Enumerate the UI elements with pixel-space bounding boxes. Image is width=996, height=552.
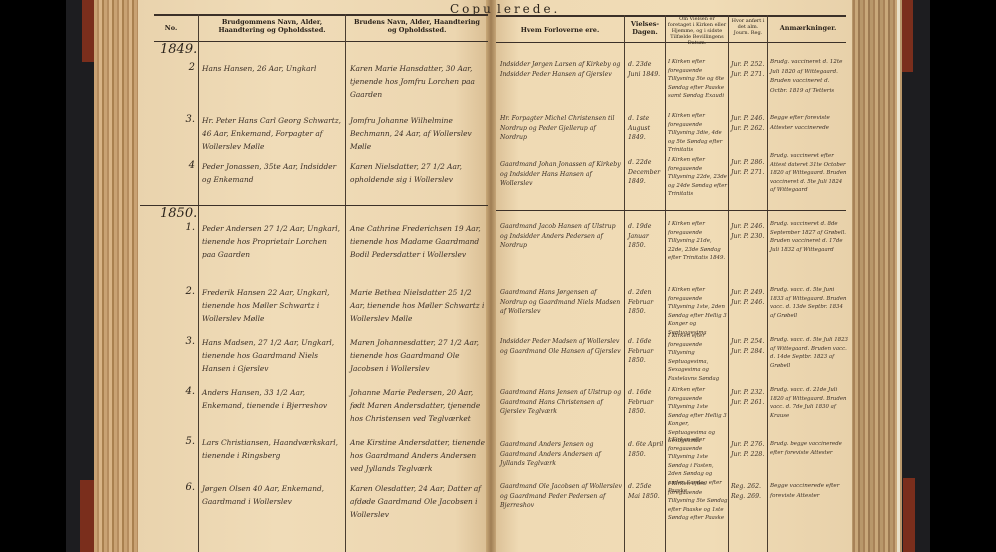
entry-number: 4.	[175, 386, 195, 397]
header-wedding-date: Vielses-Dagen.	[627, 20, 663, 36]
year-label-1850: 1850.	[160, 206, 197, 221]
entry-number: 5.	[175, 436, 195, 447]
sponsors-cell: Gaardmand Johan Jonassen af Kirkeby og I…	[500, 160, 622, 189]
book-cover-left	[66, 0, 96, 552]
header-remarks: Anmærkninger.	[770, 24, 846, 32]
bride-cell: Karen Marie Hansdatter, 30 Aar, tjenende…	[350, 62, 486, 101]
year-divider-right	[496, 210, 846, 211]
remarks-cell: Brudg. vaccineret d. 8de September 1827 …	[770, 220, 848, 254]
bride-cell: Ane Cathrine Frederichsen 19 Aar, tienen…	[350, 222, 486, 261]
date-cell: d. 6te April 1850.	[628, 440, 664, 459]
date-cell: d. 2den Februar 1850.	[628, 288, 664, 317]
header-bottom-rule-left	[154, 41, 488, 42]
leather-corner-bottom-left	[80, 480, 94, 552]
sponsors-cell: Gaardmand Ole Jacobsen af Wollerslev og …	[500, 482, 622, 511]
entry-number: 3.	[175, 336, 195, 347]
header-groom: Brudgommens Navn, Alder, Haandtering og …	[202, 18, 342, 34]
sponsors-cell: Indsidder Jørgen Larsen af Kirkeby og In…	[500, 60, 622, 79]
page-edge-highlight	[897, 0, 900, 552]
col-rule-banns	[728, 15, 729, 552]
remarks-cell: Brudg. vacc. d. 21de Juli 1820 af Witteg…	[770, 386, 848, 420]
register-cell: Jur. P. 286. Jur. P. 271.	[731, 158, 766, 177]
date-cell: d. 16de Februar 1850.	[628, 388, 664, 417]
remarks-cell: Begge vaccinerede efter foreviste Attest…	[770, 482, 848, 501]
header-no: No.	[146, 24, 196, 32]
register-cell: Reg. 262. Reg. 269.	[731, 482, 766, 501]
page-edges-right	[850, 0, 902, 552]
register-cell: Jur. P. 232. Jur. P. 261.	[731, 388, 766, 407]
banns-cell: I Kirken efter foregaaende Tillysning 3d…	[668, 112, 728, 155]
register-cell: Jur. P. 276. Jur. P. 228.	[731, 440, 766, 459]
banns-cell: I Kirken efter foregaaende Tillysning Se…	[668, 332, 728, 383]
header-top-rule-left	[154, 14, 488, 16]
banns-cell: I Kirken efter foregaaende Tillysning 5t…	[668, 58, 728, 101]
register-cell: Jur. P. 254. Jur. P. 284.	[731, 337, 766, 356]
bride-cell: Maren Johannesdatter, 27 1/2 Aar, tienen…	[350, 336, 486, 375]
register-cell: Jur. P. 246. Jur. P. 230.	[731, 222, 766, 241]
date-cell: d. 23de Juni 1849.	[628, 60, 664, 79]
col-rule-no	[198, 14, 199, 552]
header-bride: Brudens Navn, Alder, Haandtering og Opho…	[349, 18, 485, 34]
register-cell: Jur. P. 252. Jur. P. 271.	[731, 60, 766, 79]
groom-cell: Anders Hansen, 33 1/2 Aar, Enkemand, tie…	[202, 386, 342, 412]
bride-cell: Karen Olesdatter, 24 Aar, Datter af afdø…	[350, 482, 486, 521]
groom-cell: Frederik Hansen 22 Aar, Ungkarl, tienend…	[202, 286, 342, 325]
entry-number: 2	[175, 62, 195, 73]
groom-cell: Hans Madsen, 27 1/2 Aar, Ungkarl, tienen…	[202, 336, 342, 375]
bride-cell: Johanne Marie Pedersen, 20 Aar, født Mar…	[350, 386, 486, 425]
bride-cell: Karen Nielsdatter, 27 1/2 Aar, opholdend…	[350, 160, 486, 186]
sponsors-cell: Hr. Forpagter Michel Christensen til Nor…	[500, 114, 622, 143]
leather-corner-bottom-right	[903, 478, 915, 552]
register-cell: Jur. P. 249. Jur. P. 246.	[731, 288, 766, 307]
col-rule-sponsors	[624, 15, 625, 552]
banns-cell: I Kirken efter foregaaende Tillysning 21…	[668, 220, 728, 263]
sponsors-cell: Gaardmand Hans Jensen af Ulstrup og Gaar…	[500, 388, 622, 417]
remarks-cell: Brudg. vacc. d. 5te Juli 1823 af Wittega…	[770, 336, 848, 370]
date-cell: d. 1ste August 1849.	[628, 114, 664, 143]
banns-cell: I Kirken efter foregaaende Tillysning 22…	[668, 156, 728, 199]
col-rule-date	[665, 15, 666, 552]
header-sponsors: Hvem Forloverne ere.	[500, 26, 620, 34]
remarks-cell: Brudg. begge vaccinerede efter foreviste…	[770, 440, 848, 457]
groom-cell: Peder Jonassen, 35te Aar, Indsidder og E…	[202, 160, 342, 186]
groom-cell: Peder Andersen 27 1/2 Aar, Ungkarl, tien…	[202, 222, 342, 261]
remarks-cell: Brudg. vaccineret d. 12te Juli 1820 af W…	[770, 58, 848, 96]
book-gutter	[486, 0, 496, 552]
banns-cell: I Kirken efter foregaaende Tillysning 1s…	[668, 286, 728, 337]
header-register: Hvor anført i det alm. Journ. Reg.	[730, 18, 766, 36]
sponsors-cell: Gaardmand Jacob Hansen af Ulstrup og Ind…	[500, 222, 622, 251]
sponsors-cell: Indsidder Peder Madsen af Wollerslev og …	[500, 337, 622, 356]
banns-cell: I Kirken efter foregaaende Tillysning 5t…	[668, 480, 728, 523]
sponsors-cell: Gaardmand Anders Jensen og Gaardmand And…	[500, 440, 622, 469]
entry-number: 6.	[175, 482, 195, 493]
date-cell: d. 25de Mai 1850.	[628, 482, 664, 501]
groom-cell: Hans Hansen, 26 Aar, Ungkarl	[202, 62, 342, 75]
bride-cell: Jomfru Johanne Wilhelmine Bechmann, 24 A…	[350, 114, 486, 153]
book-cover-right	[900, 0, 930, 552]
register-cell: Jur. P. 246. Jur. P. 262.	[731, 114, 766, 133]
col-rule-register	[767, 15, 768, 552]
title-right: lerede.	[497, 2, 560, 16]
sponsors-cell: Gaardmand Hans Jørgensen af Nordrup og G…	[500, 288, 622, 317]
remarks-cell: Brudg. vaccineret efter Attest dateret 3…	[770, 152, 848, 195]
entry-number: 3.	[175, 114, 195, 125]
remarks-cell: Brudg. vacc. d. 5te Juni 1833 af Wittega…	[770, 286, 848, 320]
groom-cell: Hr. Peter Hans Carl Georg Schwartz, 46 A…	[202, 114, 342, 153]
date-cell: d. 19de Januar 1850.	[628, 222, 664, 251]
page-edges-left	[94, 0, 140, 552]
date-cell: d. 22de December 1849.	[628, 158, 664, 187]
groom-cell: Jørgen Olsen 40 Aar, Enkemand, Gaardmand…	[202, 482, 342, 508]
entry-number: 2.	[175, 286, 195, 297]
entry-number: 4	[175, 160, 195, 171]
header-banns: Om Vielsen er foretaget i Kirken eller H…	[667, 16, 727, 46]
col-rule-groom	[345, 14, 346, 552]
date-cell: d. 16de Februar 1850.	[628, 337, 664, 366]
year-label-1849: 1849.	[160, 42, 197, 57]
remarks-cell: Begge efter foreviste Attester vaccinere…	[770, 114, 848, 133]
bride-cell: Ane Kirstine Andersdatter, tienende hos …	[350, 436, 486, 475]
entry-number: 1.	[175, 222, 195, 233]
groom-cell: Lars Christiansen, Haandværkskarl, tiene…	[202, 436, 342, 462]
bride-cell: Marie Bethea Nielsdatter 25 1/2 Aar, tie…	[350, 286, 486, 325]
